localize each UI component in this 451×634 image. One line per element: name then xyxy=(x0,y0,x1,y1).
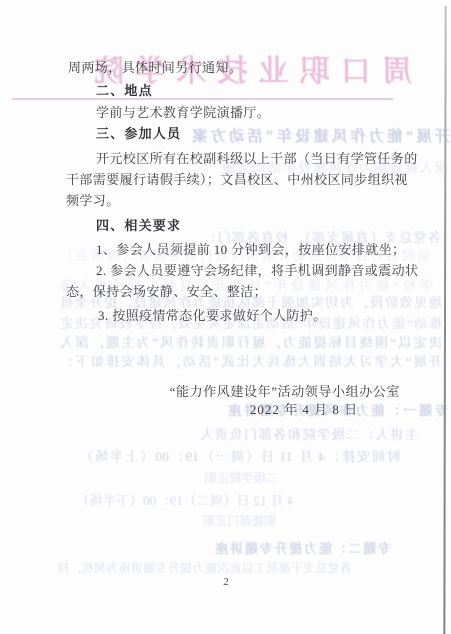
document-text-line: 频学习。 xyxy=(66,194,120,207)
document-text-line: 1、参会人员须提前 10 分钟到会，按座位安排就坐； xyxy=(96,243,405,256)
bleed-through-text-line: 职能部门正职 xyxy=(208,515,276,527)
bleed-through-text-line: 开展“大学习大培训大练兵大比武”活动，具体安排如下： xyxy=(60,355,442,368)
bleed-through-text-line: 各党总支干部员工以此次能力提升专题讲座为契机，持 xyxy=(70,562,352,574)
document-text-line: 2. 参会人员要遵守会场纪律，将手机调到静音或震动状 xyxy=(96,264,418,277)
scanned-document-page: 周口职业技术学院 开展“能力作风建设年”活动方案深入推进能力作风建设年活动实施各… xyxy=(0,0,451,634)
bleed-letterhead-rule xyxy=(12,98,393,100)
bleed-through-text-line: 决定以“围绕目标提能力，履行职责转作风”为主题，深入 xyxy=(60,336,442,349)
document-text-line: 开元校区所有在校副科级以上干部（当日有学管任务的 xyxy=(96,152,418,165)
document-text-line: 周两场，具体时间另行通知。 xyxy=(68,61,242,74)
document-text-line: 干部需要履行请假手续）；文昌校区、中州校区同步组织视 xyxy=(66,173,408,186)
page-number: 2 xyxy=(218,576,234,588)
document-heading-line: 四、相关要求 xyxy=(96,219,181,232)
bleed-through-text-line: 二级学院正职 xyxy=(210,472,278,484)
document-signature: “能力作风建设年”活动领导小组办公室 xyxy=(150,381,400,400)
bleed-through-text-line: 开展“能力作风建设年”活动方案 xyxy=(192,129,450,144)
document-text-line: 学前与艺术教育学院演播厅。 xyxy=(96,106,270,119)
bleed-through-text-line: 专题二：能力提升专题讲座 xyxy=(215,542,391,555)
document-date: 2022 年 4 月 8 日 xyxy=(248,399,360,418)
document-text-line: 3. 按照疫情常态化要求做好个人防护。 xyxy=(98,309,327,322)
scan-edge-line xyxy=(443,6,446,634)
document-heading-line: 三、参加人员 xyxy=(96,127,181,140)
document-text-line: 态，保持会场安静、安全、整洁； xyxy=(66,285,267,298)
bleed-through-text-line: 4 月 12 日（周二）19：00（下半场） xyxy=(80,494,294,507)
bleed-through-text-line: 时间安排：4 月 11 日（周一）19：00（上半场） xyxy=(80,450,400,463)
bleed-through-text-line: 主讲人：二级学院和各部门负责人 xyxy=(200,428,418,441)
document-heading-line: 二、地点 xyxy=(96,84,153,97)
